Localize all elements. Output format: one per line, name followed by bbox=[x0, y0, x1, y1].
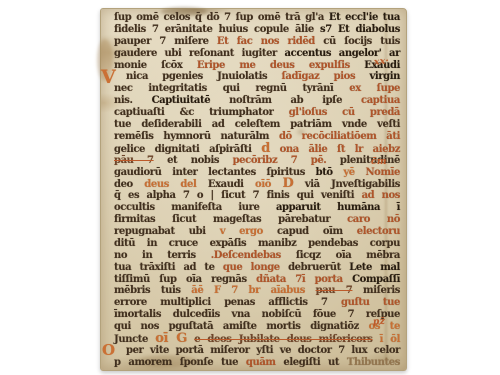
text-segment: tue deſiderabili ad celeſtem patriām vnd… bbox=[114, 119, 400, 130]
text-block: ſup omē celos q̄ dō 7 ſup omē trā gl'a E… bbox=[114, 12, 400, 369]
text-segment: nis. bbox=[114, 95, 133, 106]
manuscript-photo: ſup omē celos q̄ dō 7 ſup omē trā gl'a E… bbox=[0, 0, 500, 375]
text-segment: ad nos bbox=[362, 190, 400, 201]
marginal-note: xx· bbox=[374, 56, 390, 68]
text-segment: captiua bbox=[361, 95, 400, 106]
text-line: q̄ es alpha 7 o | ſicut 7 finis qui veni… bbox=[114, 190, 400, 202]
text-segment: errore multiplici penas afflictis 7 bbox=[114, 297, 328, 308]
text-segment: btō bbox=[316, 167, 333, 178]
text-line: repugnabat ubi v ergo capud oīm electoru bbox=[114, 226, 400, 238]
text-segment: Lete mal bbox=[349, 262, 400, 273]
text-segment: gelice dignitati aſpirāſti bbox=[114, 144, 252, 155]
text-segment: e deos Jubilate deus miſericors bbox=[194, 334, 372, 345]
text-segment: ſicqz oīa mēbra bbox=[296, 250, 400, 261]
text-segment: p amorem ſponſe tue bbox=[114, 357, 238, 368]
text-segment: quām bbox=[246, 357, 276, 368]
text-segment: gl'ioſus cū predā bbox=[289, 107, 400, 118]
text-line: pauper 7 miſere Et fac nos ridēd cū ſoci… bbox=[114, 36, 400, 48]
text-segment: nec integritatis qui regnū tyrānī bbox=[114, 83, 333, 94]
lombard-initial-icon: V bbox=[101, 68, 116, 87]
text-segment: Thibuntes bbox=[347, 357, 400, 368]
text-segment: Exaudi bbox=[208, 179, 244, 190]
text-segment: miſeris bbox=[363, 285, 400, 296]
text-segment: s7 Et diabolus bbox=[320, 24, 400, 35]
text-segment: monie ſcōx bbox=[114, 60, 183, 71]
text-segment: ſadīgaz pios bbox=[282, 71, 356, 82]
text-segment: dō recōciliatiōem āti bbox=[279, 131, 400, 142]
text-segment: yē bbox=[343, 167, 354, 178]
text-segment: v ergo bbox=[220, 226, 263, 237]
text-line: nis. Captiuitatē noſtrām ab ipſe captiua bbox=[114, 95, 400, 107]
parchment-leaf: ſup omē celos q̄ dō 7 ſup omē trā gl'a E… bbox=[100, 8, 407, 371]
text-segment: āē F 7 br aīabus bbox=[191, 285, 305, 296]
text-segment: Eripe me deus expulſis bbox=[197, 60, 350, 71]
text-line: Juncte oī G e deos Jubilate deus miſeric… bbox=[114, 333, 400, 345]
text-segment: Captiuitatē bbox=[152, 95, 211, 106]
text-segment: tua trāxiſti ad te bbox=[114, 262, 215, 273]
text-line: p amorem ſponſe tue quām elegiſti ut Thi… bbox=[114, 357, 400, 369]
text-line: per vite portā miſeror yſti ve doctor 7 … bbox=[114, 345, 400, 357]
text-line: occultis manifeſta iure apparuit humāna … bbox=[114, 202, 400, 214]
text-segment: Et eccl'ie tua bbox=[329, 12, 400, 23]
text-line: īmortalis dulcedīis vna nobiſcū fōue 7 r… bbox=[114, 309, 400, 321]
text-line: errore multiplici penas afflictis 7 guſt… bbox=[114, 297, 400, 309]
text-segment: oī G bbox=[155, 331, 187, 346]
text-segment: mēbris tuis bbox=[114, 285, 181, 296]
text-segment: repugnabat ubi bbox=[114, 226, 206, 237]
text-segment: guſtu tue bbox=[341, 297, 400, 308]
text-segment: viā Jnveſtigabilis bbox=[305, 179, 400, 190]
text-line: gaudiorū inter lectantes ſpiritus btō yē… bbox=[114, 167, 400, 179]
text-line: ſup omē celos q̄ dō 7 ſup omē trā gl'a E… bbox=[114, 12, 400, 24]
text-line: mēbris tuis āē F 7 br aīabus pau 7 miſer… bbox=[114, 285, 400, 297]
text-segment: D bbox=[282, 176, 293, 191]
text-line: tue deſiderabili ad celeſtem patriām vnd… bbox=[114, 119, 400, 131]
text-segment: per vite portā miſeror yſti ve doctor 7 … bbox=[126, 345, 400, 356]
text-segment: remēſis hymnorū naturālm bbox=[114, 131, 269, 142]
text-segment: ī ōl bbox=[380, 334, 400, 345]
text-segment: no in terris bbox=[114, 250, 196, 261]
text-segment: gaudere ubi reſonant iugiter bbox=[114, 48, 277, 59]
text-segment: oīō bbox=[255, 179, 271, 190]
marginal-note: pz̄ bbox=[373, 317, 386, 328]
text-segment: pauper 7 miſere bbox=[114, 36, 209, 47]
text-segment: dñata 7ī porta bbox=[256, 274, 343, 285]
text-segment: cū ſocijs tuis bbox=[323, 36, 400, 47]
text-segment: et nobis bbox=[167, 155, 219, 166]
text-segment: īmortalis dulcedīis vna nobiſcū fōue 7 r… bbox=[114, 309, 400, 320]
text-segment: pāu 7 bbox=[114, 155, 154, 166]
text-segment: noſtrām ab ipſe bbox=[229, 95, 342, 106]
text-segment: q̄ es alpha 7 o | ſicut 7 finis qui veni… bbox=[114, 190, 354, 201]
text-segment: ona ālie ſt lr aiebz bbox=[280, 144, 400, 155]
text-segment: occultis manifeſta iure bbox=[114, 202, 259, 213]
text-segment: Nomīe bbox=[365, 167, 400, 178]
text-segment: qui nos pguſtatā amiſte mortis dignatiōz bbox=[114, 321, 359, 332]
text-segment: ditū in cruce expāſis manibz pendebas co… bbox=[114, 238, 400, 249]
text-line: fidelis 7 erānitate huius copule ālie s7… bbox=[114, 24, 400, 36]
text-line: gaudere ubi reſonant iugiter accentus an… bbox=[114, 48, 400, 60]
text-line: nica pgenies Jnuiolatis ſadīgaz pios vir… bbox=[114, 71, 400, 83]
text-line: no in terris .Deſcendebas ſicqz oīa mēbr… bbox=[114, 250, 400, 262]
text-segment: Juncte bbox=[114, 334, 148, 345]
text-line: pāu 7 et nobis pecōribz 7 pē. plenitudin… bbox=[114, 155, 400, 167]
text-segment: virgin bbox=[369, 71, 400, 82]
text-line: firmitas ſicut mageſtas pārebatur caro n… bbox=[114, 214, 400, 226]
text-segment: Et fac nos ridēd bbox=[217, 36, 315, 47]
text-segment: caro nō bbox=[347, 214, 400, 225]
text-line: ditū in cruce expāſis manibz pendebas co… bbox=[114, 238, 400, 250]
text-segment: que longe bbox=[223, 262, 280, 273]
text-line: deo deus del Exaudi oīō D viā Jnveſtigab… bbox=[114, 178, 400, 190]
text-segment: plenitudinē bbox=[340, 155, 400, 166]
text-segment: electoru bbox=[357, 226, 400, 237]
text-segment: ſup omē celos q̄ dō 7 ſup omē trā gl'a bbox=[114, 12, 324, 23]
marginal-note: c̄m bbox=[371, 157, 387, 167]
text-segment: d bbox=[261, 141, 270, 156]
text-segment: nica pgenies Jnuiolatis bbox=[126, 71, 267, 82]
text-segment: capud oīm bbox=[277, 226, 343, 237]
lombard-initial-icon: O bbox=[102, 343, 115, 358]
text-segment: gaudiorū inter lectantes ſpiritus bbox=[114, 167, 305, 178]
text-segment: ex ſupe bbox=[349, 83, 400, 94]
text-segment: pecōribz 7 pē. bbox=[233, 155, 327, 166]
text-segment: deo bbox=[114, 179, 133, 190]
text-segment: elegiſti ut bbox=[283, 357, 339, 368]
text-line: gelice dignitati aſpirāſti d ona ālie ſt… bbox=[114, 143, 400, 155]
text-segment: pau 7 bbox=[316, 285, 353, 296]
text-segment: captiuaſti &c triumphator bbox=[114, 107, 274, 118]
text-segment: Compaſſī bbox=[352, 274, 400, 285]
text-segment: apparuit humāna ī bbox=[276, 202, 400, 213]
text-segment: deus del bbox=[144, 179, 196, 190]
text-line: monie ſcōx Eripe me deus expulſis Exaudi bbox=[114, 60, 400, 72]
text-line: tua trāxiſti ad te que longe debruerūt L… bbox=[114, 262, 400, 274]
text-segment: fidelis 7 erānitate huius copule ālie bbox=[114, 24, 314, 35]
text-segment: .Deſcendebas bbox=[211, 250, 281, 261]
text-line: tiſſimū ſup oīa regnās dñata 7ī porta Co… bbox=[114, 274, 400, 286]
text-line: captiuaſti &c triumphator gl'ioſus cū pr… bbox=[114, 107, 400, 119]
text-line: remēſis hymnorū naturālm dō recōciliatiō… bbox=[114, 131, 400, 143]
text-segment: debruerūt bbox=[288, 262, 341, 273]
text-segment: tiſſimū ſup oīa regnās bbox=[114, 274, 247, 285]
text-segment: firmitas ſicut mageſtas pārebatur bbox=[114, 214, 330, 225]
text-line: nec integritatis qui regnū tyrānī ex ſup… bbox=[114, 83, 400, 95]
